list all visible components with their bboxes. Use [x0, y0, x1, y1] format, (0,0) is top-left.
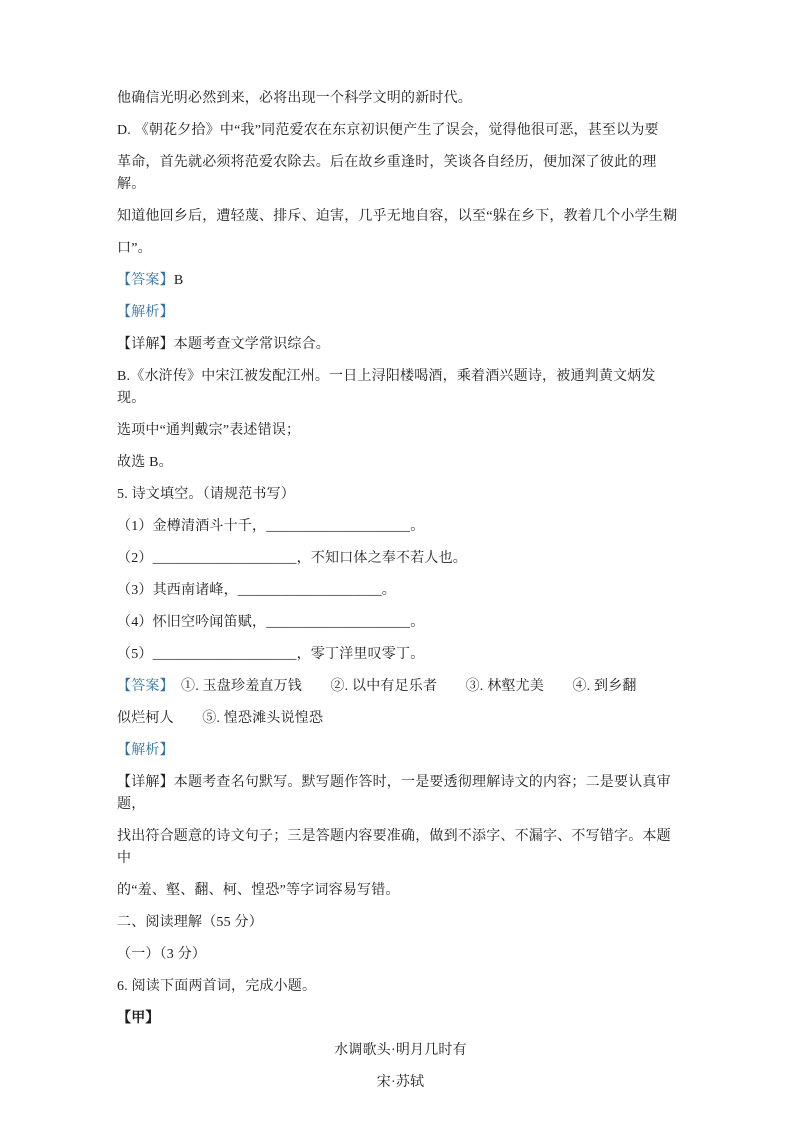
- blank-item-3: （3）其西南诸峰，____________________。: [117, 580, 684, 602]
- option-d-line-2: 革命，首先就必须将范爱农除去。后在故乡重逢时，笑谈各自经历，便加深了彼此的理解。: [117, 152, 684, 196]
- line-text: 选项中“通判戴宗”表述错误；: [117, 423, 300, 438]
- line-text: 5. 诗文填空。（请规范书写）: [117, 487, 295, 502]
- detail-5-line-1: 【详解】本题考查名句默写。默写题作答时，一是要透彻理解诗文的内容；二是要认真审题…: [117, 772, 684, 816]
- line-text: D. 《朝花夕拾》中“我”同范爱农在东京初识便产生了误会，觉得他很可恶，甚至以为…: [117, 123, 659, 138]
- document-page: 他确信光明必然到来，必将出现一个科学文明的新时代。 D. 《朝花夕拾》中“我”同…: [0, 0, 793, 1122]
- text-jia-label: 【甲】: [117, 1008, 684, 1030]
- line-text: B.《水浒传》中宋江被发配江州。一日上浔阳楼喝酒，乘着酒兴题诗，被通判黄文炳发现…: [117, 369, 656, 406]
- option-d-line-1: D. 《朝花夕拾》中“我”同范爱农在东京初识便产生了误会，觉得他很可恶，甚至以为…: [117, 120, 684, 142]
- line-text: 故选 B。: [117, 455, 173, 470]
- answer-5-line-1: 【答案】 ①. 玉盘珍羞直万钱 ②. 以中有足乐者 ③. 林壑尤美 ④. 到乡翻: [117, 676, 684, 698]
- line-text: 6. 阅读下面两首词，完成小题。: [117, 979, 316, 994]
- blank-item-2: （2）____________________，不知口体之奉不若人也。: [117, 548, 684, 570]
- analysis-5-line: 【解析】: [117, 740, 684, 762]
- answer-label: 【答案】: [117, 679, 167, 694]
- line-text: 二、阅读理解（55 分）: [117, 915, 263, 930]
- detail-5-line-2: 找出符合题意的诗文句子；三是答题内容要准确，做到不添字、不漏字、不写错字。本题中: [117, 826, 684, 870]
- answer-values: ①. 玉盘珍羞直万钱 ②. 以中有足乐者 ③. 林壑尤美 ④. 到乡翻: [167, 679, 637, 694]
- line-text: 的“羞、壑、翻、柯、惶恐”等字词容易写错。: [117, 883, 400, 898]
- section-2-heading: 二、阅读理解（55 分）: [117, 912, 684, 934]
- line-text: 【详解】本题考查文学常识综合。: [117, 337, 330, 352]
- document-content: 他确信光明必然到来，必将出现一个科学文明的新时代。 D. 《朝花夕拾》中“我”同…: [117, 88, 684, 1104]
- detail-4-line-1: 【详解】本题考查文学常识综合。: [117, 334, 684, 356]
- line-text: 革命，首先就必须将范爱农除去。后在故乡重逢时，笑谈各自经历，便加深了彼此的理解。: [117, 155, 657, 192]
- question-5-heading: 5. 诗文填空。（请规范书写）: [117, 484, 684, 506]
- detail-4-conclusion: 故选 B。: [117, 452, 684, 474]
- analysis-label: 【解析】: [117, 743, 174, 758]
- answer-4-line: 【答案】B: [117, 270, 684, 292]
- line-text: （3）其西南诸峰，____________________。: [117, 583, 396, 598]
- blank-item-1: （1）金樽清酒斗十千，____________________。: [117, 516, 684, 538]
- answer-value: B: [174, 273, 184, 288]
- line-text: 【甲】: [117, 1011, 160, 1026]
- detail-4-line-2: B.《水浒传》中宋江被发配江州。一日上浔阳楼喝酒，乘着酒兴题诗，被通判黄文炳发现…: [117, 366, 684, 410]
- detail-5-line-3: 的“羞、壑、翻、柯、惶恐”等字词容易写错。: [117, 880, 684, 902]
- line-text: 水调歌头·明月几时有: [334, 1043, 467, 1058]
- answer-5-line-2: 似烂柯人 ⑤. 惶恐滩头说惶恐: [117, 708, 684, 730]
- line-text: （一）（3 分）: [117, 947, 206, 962]
- answer-label: 【答案】: [117, 273, 174, 288]
- poem-title: 水调歌头·明月几时有: [117, 1040, 684, 1062]
- line-text: 【详解】本题考查名句默写。默写题作答时，一是要透彻理解诗文的内容；二是要认真审题…: [117, 775, 671, 812]
- option-d-line-3: 知道他回乡后，遭轻蔑、排斥、迫害，几乎无地自容，以至“躲在乡下，教着几个小学生糊: [117, 206, 684, 228]
- subsection-1-heading: （一）（3 分）: [117, 944, 684, 966]
- answer-values: 似烂柯人 ⑤. 惶恐滩头说惶恐: [117, 711, 323, 726]
- detail-4-line-3: 选项中“通判戴宗”表述错误；: [117, 420, 684, 442]
- line-text: （5）____________________，零丁洋里叹零丁。: [117, 647, 424, 662]
- line-text: （1）金樽清酒斗十千，____________________。: [117, 519, 424, 534]
- passage-tail-line: 他确信光明必然到来，必将出现一个科学文明的新时代。: [117, 88, 684, 110]
- line-text: 他确信光明必然到来，必将出现一个科学文明的新时代。: [117, 91, 472, 106]
- option-d-line-4: 口”。: [117, 238, 684, 260]
- question-6-heading: 6. 阅读下面两首词，完成小题。: [117, 976, 684, 998]
- blank-item-4: （4）怀旧空吟闻笛赋，____________________。: [117, 612, 684, 634]
- poem-author: 宋·苏轼: [117, 1072, 684, 1094]
- analysis-4-line: 【解析】: [117, 302, 684, 324]
- line-text: 口”。: [117, 241, 152, 256]
- line-text: 找出符合题意的诗文句子；三是答题内容要准确，做到不添字、不漏字、不写错字。本题中: [117, 829, 671, 866]
- blank-item-5: （5）____________________，零丁洋里叹零丁。: [117, 644, 684, 666]
- line-text: （4）怀旧空吟闻笛赋，____________________。: [117, 615, 424, 630]
- analysis-label: 【解析】: [117, 305, 174, 320]
- line-text: 知道他回乡后，遭轻蔑、排斥、迫害，几乎无地自容，以至“躲在乡下，教着几个小学生糊: [117, 209, 677, 224]
- line-text: 宋·苏轼: [377, 1075, 424, 1090]
- line-text: （2）____________________，不知口体之奉不若人也。: [117, 551, 467, 566]
